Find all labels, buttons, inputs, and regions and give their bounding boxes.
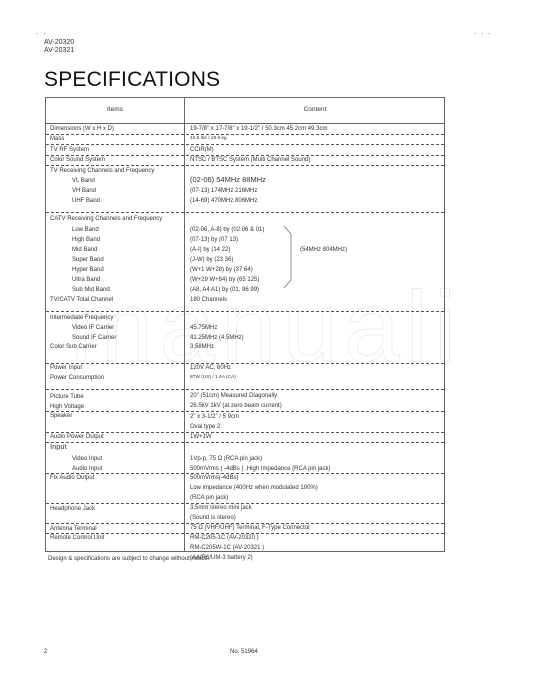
row-value-dimensions: 19-7/8" x 17-7/8" x 19-1/2" / 50.3cm 45.… — [190, 125, 327, 133]
row-label-input: Input — [50, 443, 67, 451]
model-number-2: AV-20321 — [44, 47, 74, 55]
row-divider — [46, 432, 444, 433]
row-value-color-sound-system: NTSC / BTSC System (Multi Channel Sound) — [190, 156, 310, 164]
row-label-power-input: Power Input — [50, 364, 82, 372]
row-label-speaker: Speaker — [50, 412, 72, 420]
row-label-hyper-band: Hyper Band — [72, 266, 104, 274]
page-number: 2 — [44, 649, 47, 655]
row-value-ultra-band: (W+29 W+84) by (65 125) — [190, 276, 259, 284]
row-value-color-sub-carrier: 3.58MHz — [190, 343, 214, 351]
row-divider — [46, 144, 444, 145]
row-value-remote-2: RM-C205W-1C (AV-20321 ) — [190, 544, 264, 552]
row-label-intermediate-frequency: Intermediate Frequency — [50, 314, 113, 322]
row-value-headphone-jack: 3.5mm stereo mini jack — [190, 504, 252, 512]
row-divider — [46, 165, 444, 166]
row-label-color-sub-carrier: Color Sub Carrier — [50, 343, 97, 351]
row-value-vl-band: (02-06) 54MHz 88MHz — [190, 176, 266, 184]
row-label-power-consumption: Power Consumption — [50, 374, 104, 382]
row-label-audio-input: Audio Input — [72, 465, 102, 473]
row-value-sound-if: 41.25MHz (4.5MHz) — [190, 334, 244, 342]
row-value-tv-rf-system: CCIR(M) — [190, 146, 214, 154]
row-label-audio-power-output: Audio Power Output — [50, 433, 104, 441]
model-number-1: AV-20320 — [44, 39, 74, 47]
row-label-video-input: Video Input — [72, 455, 102, 463]
corner-mark-left: · · — [36, 29, 47, 38]
bracket-icon — [284, 226, 292, 288]
row-label-mass: Mass — [50, 135, 64, 143]
row-label-total-channel: TV/CATV Total Channel — [50, 296, 113, 304]
disclaimer-note: Design & specifications are subject to c… — [48, 556, 209, 562]
row-value-headphone-sound: (Sound is stereo) — [190, 514, 236, 522]
row-label-high-band: High Band — [72, 236, 100, 244]
row-divider — [46, 363, 444, 364]
row-label-antenna-terminal: Antenna Terminal — [50, 525, 97, 533]
row-value-high-voltage: 26.5kV 1kV (at zero beam current) — [190, 402, 282, 410]
catv-frequency-range: (54MHz 804MHz) — [300, 246, 347, 254]
row-value-uhf-band: (14-69) 470MHz 806MHz — [190, 197, 257, 205]
row-label-catv-receiving: CATV Receiving Channels and Frequency — [50, 215, 162, 223]
row-divider — [46, 473, 444, 474]
row-divider — [46, 134, 444, 135]
row-label-sound-if: Sound IF Carrier — [72, 334, 116, 342]
row-value-picture-tube: 20" (51cm) Measured Diagonally — [190, 392, 277, 400]
row-value-hyper-band: (W+1 W+28) by (37 64) — [190, 266, 253, 274]
row-label-dimensions: Dimensions (W x H x D) — [50, 125, 114, 133]
row-value-mass: 43.8 lbs / 19.9 kg — [190, 135, 227, 143]
row-value-sub-mid-band: (A8, A4 A1) by (01, 96 99) — [190, 286, 259, 294]
row-value-vh-band: (07-13) 174MHz 216MHz — [190, 187, 257, 195]
corner-mark-right: · · · — [474, 29, 491, 38]
row-value-fix-audio-impedance: Low impedance (400Hz when modulated 100%… — [190, 484, 318, 492]
header-divider — [46, 123, 444, 124]
row-label-super-band: Super Band — [72, 256, 104, 264]
row-label-low-band: Low Band — [72, 226, 99, 234]
row-value-remote-1: RM-C205-1C (AV-20320 ) — [190, 534, 259, 542]
row-divider — [46, 389, 444, 390]
row-label-mid-band: Mid Band — [72, 246, 97, 254]
row-value-super-band: (J-W) by (23 36) — [190, 256, 233, 264]
row-label-video-if: Video IF Carrier — [72, 324, 114, 332]
row-value-fix-audio-jack: (RCA pin jack) — [190, 494, 228, 502]
row-divider — [46, 442, 444, 443]
row-value-video-if: 45.75MHz — [190, 324, 217, 332]
row-value-power-input: 120V AC, 60Hz — [190, 364, 231, 372]
row-label-vl-band: VL Band — [72, 177, 95, 185]
column-header-items: Items — [46, 106, 184, 113]
row-value-speaker-size: 2" x 3-1/2" / 5 9cm — [190, 413, 239, 421]
row-label-remote-control: Remote Control Unit — [50, 534, 104, 542]
row-value-power-consumption: 87W (US) / 1.4A (CA) — [190, 374, 236, 382]
row-value-high-band: (07-13) by (07 13) — [190, 236, 238, 244]
row-divider — [46, 411, 444, 412]
row-label-high-voltage: High Voltage — [50, 403, 84, 411]
row-divider — [46, 311, 444, 312]
row-value-total-channel: 180 Channels — [190, 296, 227, 304]
row-value-audio-input: 500mVrms ( -4dBs ) ,High Impedance (RCA … — [190, 465, 331, 473]
row-value-audio-power-output: 1W+1W — [190, 433, 212, 441]
row-value-fix-audio-level: 500mVrms(-4dBs) — [190, 474, 238, 482]
row-label-fix-audio-output: Fix Audio Output — [50, 474, 94, 482]
row-label-ultra-band: Ultra Band — [72, 276, 100, 284]
row-label-uhf-band: UHF Band — [72, 197, 100, 205]
row-value-video-input: 1Vp-p, 75 Ω (RCA pin jack) — [190, 455, 262, 463]
column-header-content: Content — [185, 106, 445, 113]
row-label-tv-rf-system: TV RF System — [50, 146, 89, 154]
row-label-picture-tube: Picture Tube — [50, 393, 84, 401]
row-divider — [46, 212, 444, 213]
row-value-antenna-terminal: 75 Ω (VHF/UHF) Terminal, F-Type Connecto… — [190, 524, 310, 532]
row-value-mid-band: (A-I) by (14 22) — [190, 246, 230, 254]
row-label-color-sound-system: Color Sound System — [50, 156, 105, 164]
row-value-speaker-type: Oval type 2 — [190, 423, 220, 431]
specifications-table: Items Content Dimensions (W x H x D) 19-… — [45, 97, 445, 552]
row-label-tv-receiving: TV Receiving Channels and Frequency — [50, 167, 154, 175]
row-label-vh-band: VH Band — [72, 187, 96, 195]
row-label-sub-mid-band: Sub Mid Band — [72, 286, 110, 294]
document-number: No. 51964 — [230, 649, 258, 655]
row-value-low-band: (02-06, A-8) by (02 06 & 01) — [190, 226, 264, 234]
page-title: SPECIFICATIONS — [44, 68, 220, 92]
row-label-headphone-jack: Headphone Jack — [50, 505, 95, 513]
